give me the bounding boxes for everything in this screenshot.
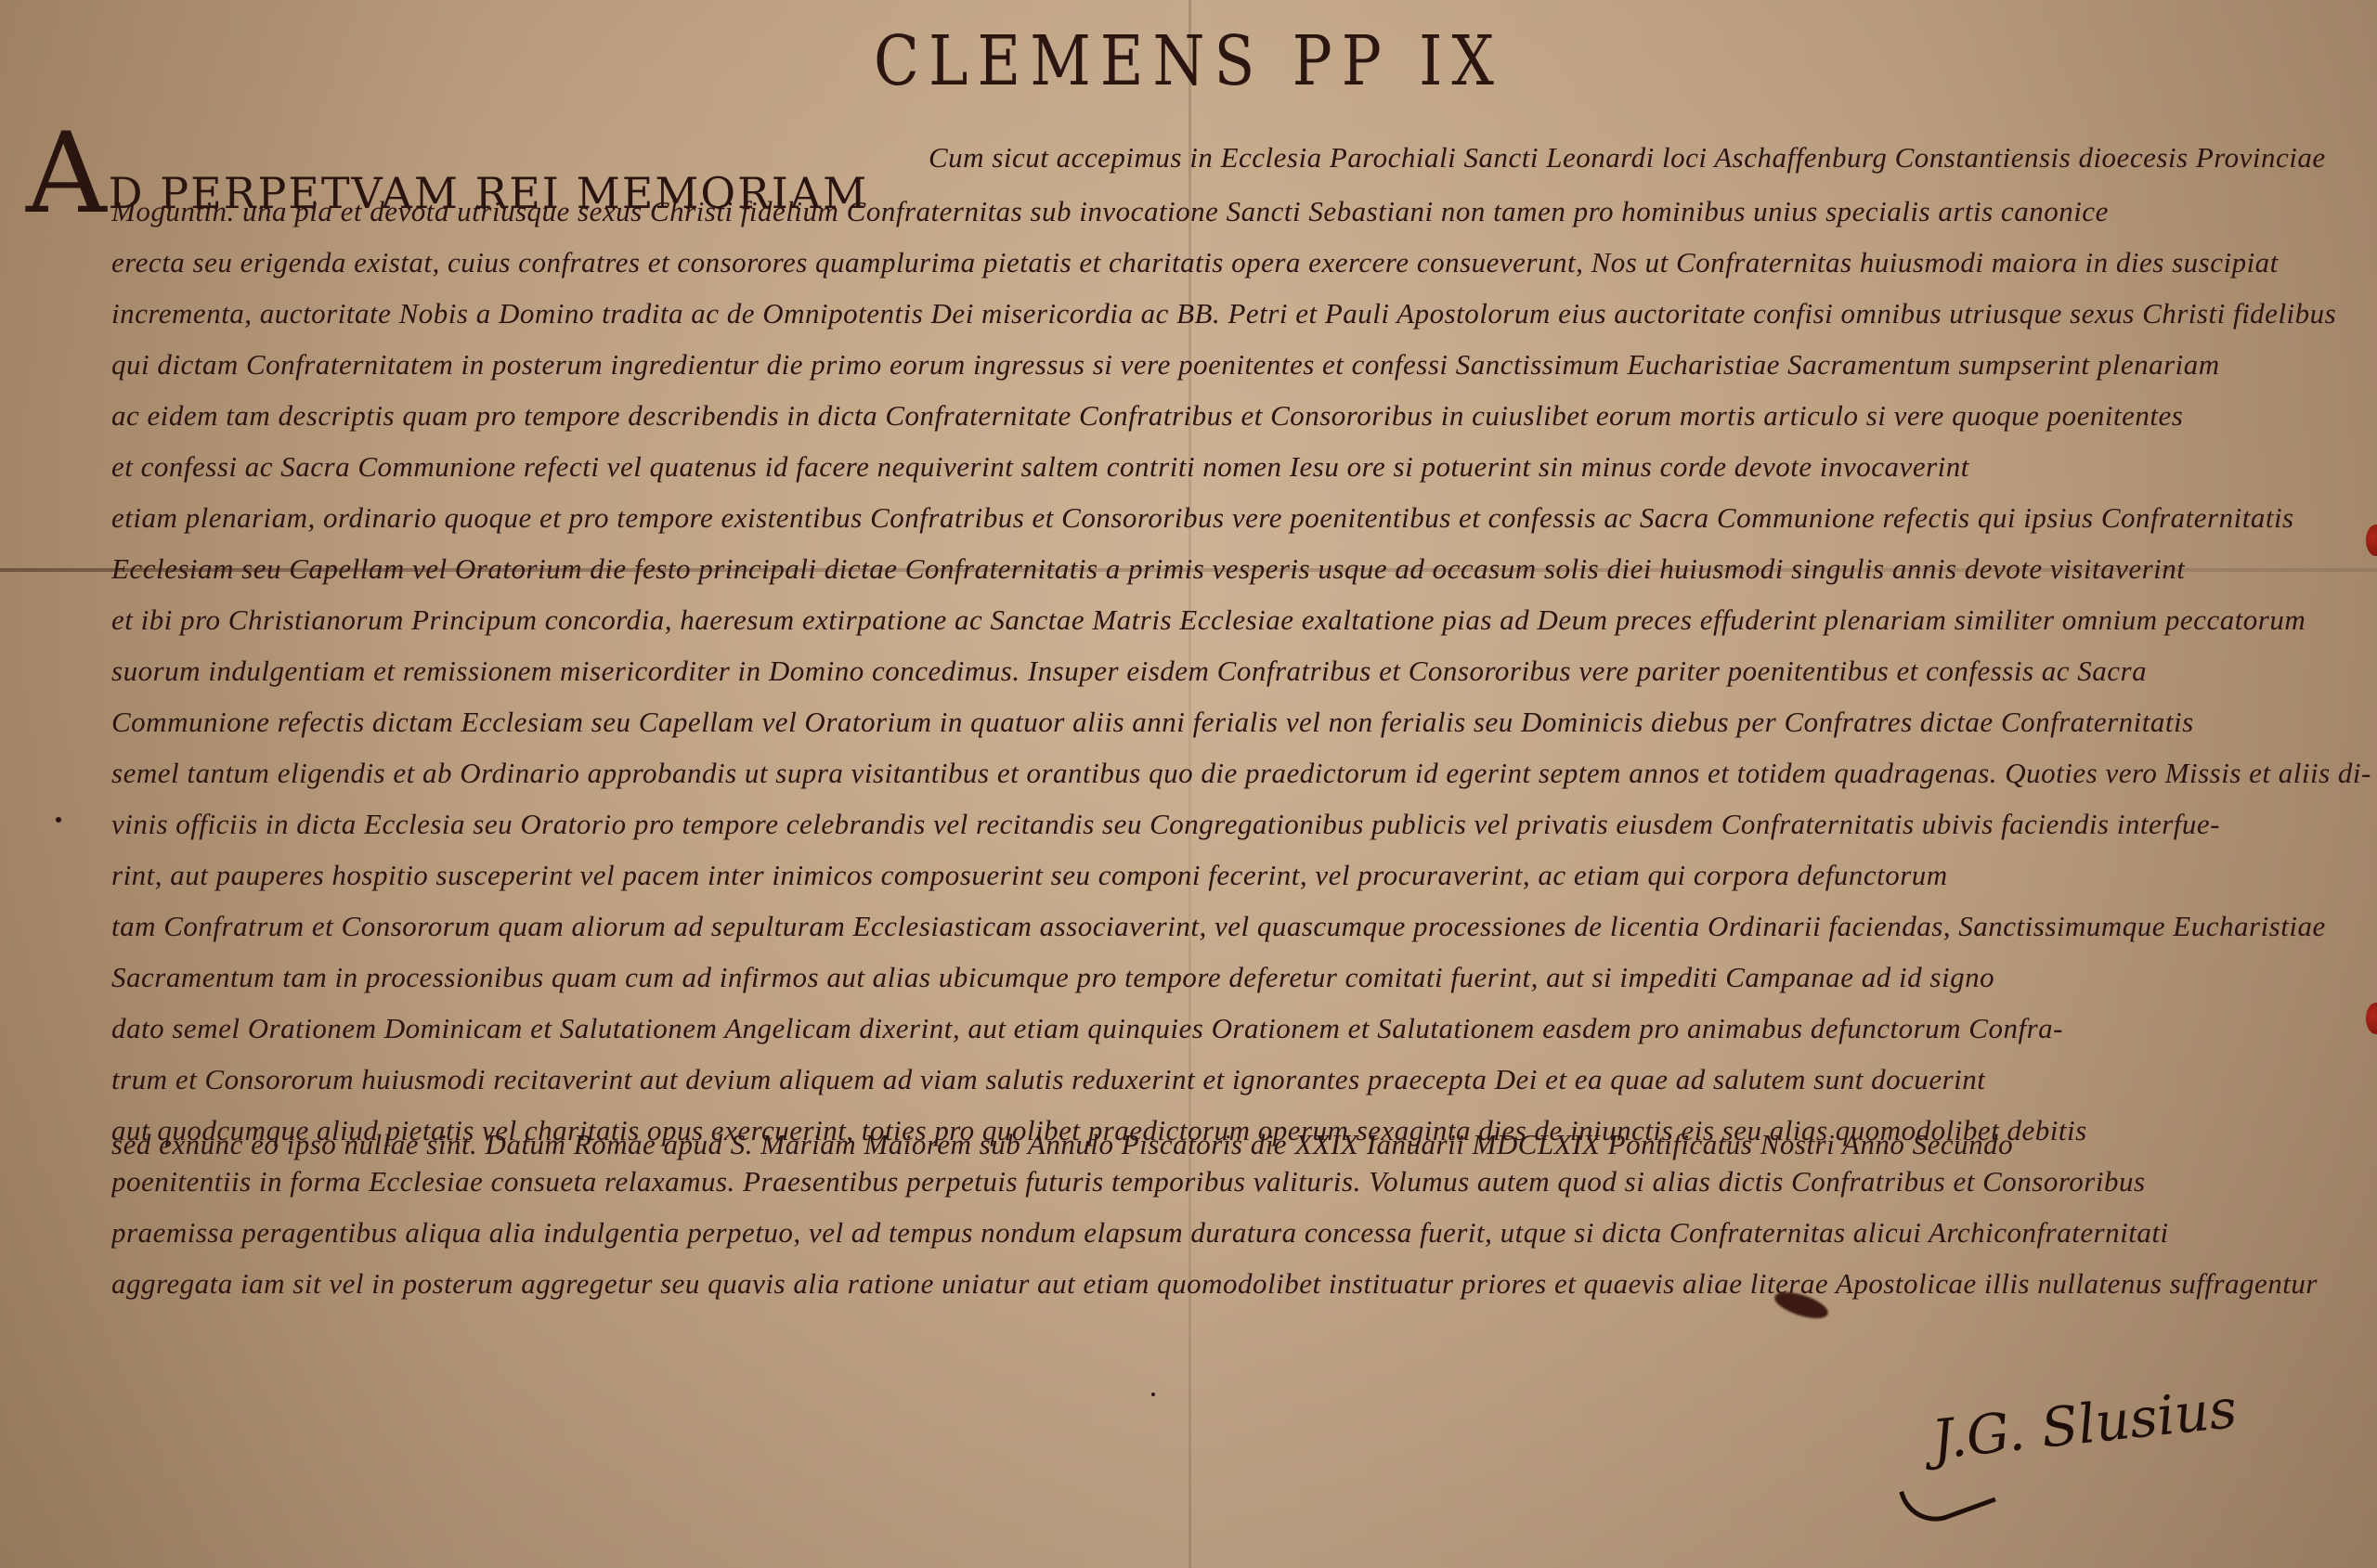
- document-header: CLEMENS PP IX: [0, 22, 2377, 101]
- body-line: Ecclesiam seu Capellam vel Oratorium die…: [111, 552, 2185, 599]
- body-line: aggregata iam sit vel in posterum aggreg…: [111, 1267, 2318, 1314]
- body-line: Cum sicut accepimus in Ecclesia Parochia…: [929, 141, 2340, 188]
- body-line: rint, aut pauperes hospitio susceperint …: [111, 859, 1948, 905]
- parchment-sheet: CLEMENS PP IX AD PERPETVAM REI MEMORIAM …: [0, 0, 2377, 1568]
- ink-speck: [1151, 1393, 1155, 1396]
- signature: J.G. Slusius: [1929, 1377, 2240, 1471]
- body-line: vinis officiis in dicta Ecclesia seu Ora…: [111, 808, 2220, 854]
- body-line: erecta seu erigenda existat, cuius confr…: [111, 246, 2279, 292]
- body-line: et ibi pro Christianorum Principum conco…: [111, 603, 2306, 650]
- body-line: Sacramentum tam in processionibus quam c…: [111, 961, 1994, 1007]
- body-line: trum et Consororum huiusmodi recitaverin…: [111, 1063, 1985, 1109]
- ink-speck: [56, 817, 61, 823]
- wax-seal-fragment: [2366, 1003, 2377, 1034]
- body-line: Communione refectis dictam Ecclesiam seu…: [111, 706, 2194, 752]
- body-line: praemissa peragentibus aliqua alia indul…: [111, 1216, 2169, 1263]
- body-line: tam Confratrum et Consororum quam alioru…: [111, 910, 2326, 956]
- dating-clause-line: sed exnunc eo ipso nullae sint. Datum Ro…: [111, 1128, 2340, 1174]
- wax-seal-fragment: [2366, 525, 2377, 556]
- body-line: incrementa, auctoritate Nobis a Domino t…: [111, 297, 2336, 343]
- signature-flourish: [1899, 1462, 1996, 1532]
- body-line: etiam plenariam, ordinario quoque et pro…: [111, 501, 2294, 548]
- body-line: suorum indulgentiam et remissionem miser…: [111, 654, 2147, 701]
- body-line: Moguntin. una pia et devota utriusque se…: [111, 195, 2109, 241]
- body-line: et confessi ac Sacra Communione refecti …: [111, 450, 1969, 497]
- body-line: qui dictam Confraternitatem in posterum …: [111, 348, 2220, 395]
- body-line: ac eidem tam descriptis quam pro tempore…: [111, 399, 2183, 446]
- decorated-initial: A: [26, 110, 109, 239]
- body-line: dato semel Orationem Dominicam et Saluta…: [111, 1012, 2063, 1058]
- body-line: semel tantum eligendis et ab Ordinario a…: [111, 757, 2371, 803]
